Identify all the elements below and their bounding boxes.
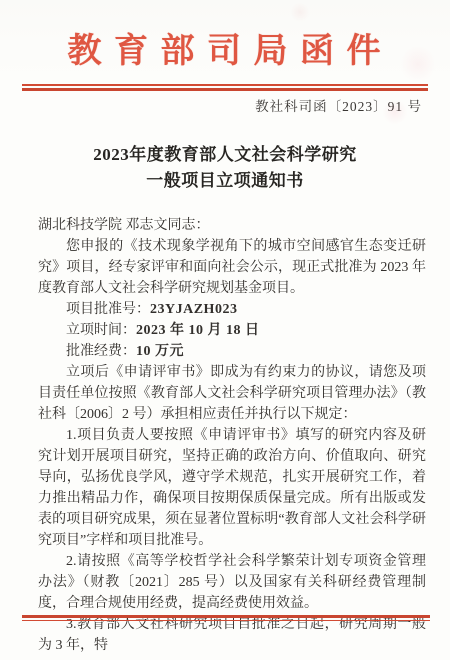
masthead-title: 教 育 部 司 局 函 件 — [0, 0, 450, 71]
regulation-item-2: 2.请按照《高等学校哲学社会科学繁荣计划专项资金管理办法》（财教〔2021〕28… — [38, 551, 426, 614]
footer-double-rule — [22, 615, 430, 621]
agreement-paragraph: 立项后《申请评审书》即成为有约束力的协议，请您及项目责任单位按照《教育部人文社会… — [38, 362, 426, 425]
field-project-number: 项目批准号：23YJAZH023 — [38, 299, 426, 320]
field-approval-date: 立项时间：2023 年 10 月 18 日 — [38, 320, 426, 341]
field-project-number-value: 23YJAZH023 — [150, 302, 237, 317]
field-approved-budget-value: 10 万元 — [136, 344, 184, 359]
notice-title-line1: 2023年度教育部人文社会科学研究 — [0, 142, 450, 168]
notice-title: 2023年度教育部人文社会科学研究 一般项目立项通知书 — [0, 142, 450, 194]
regulation-item-1: 1.项目负责人要按照《申请评审书》填写的研究内容及研究计划开展项目研究，坚持正确… — [38, 425, 426, 551]
document-number: 教社科司函〔2023〕91 号 — [0, 99, 422, 115]
header-double-rule — [22, 84, 428, 91]
document-page: 教 育 部 司 局 函 件 教社科司函〔2023〕91 号 2023年度教育部人… — [0, 0, 450, 660]
field-approved-budget: 批准经费：10 万元 — [38, 341, 426, 362]
notice-title-line2: 一般项目立项通知书 — [0, 168, 450, 194]
field-project-number-label: 项目批准号： — [66, 302, 150, 317]
field-approval-date-label: 立项时间： — [66, 323, 136, 338]
addressee-line: 湖北科技学院 邓志文同志： — [38, 215, 426, 236]
intro-paragraph: 您申报的《技术现象学视角下的城市空间感官生态变迁研究》项目，经专家评审和面向社会… — [38, 236, 426, 299]
field-approved-budget-label: 批准经费： — [66, 344, 136, 359]
field-approval-date-value: 2023 年 10 月 18 日 — [136, 323, 260, 338]
letter-body: 湖北科技学院 邓志文同志： 您申报的《技术现象学视角下的城市空间感官生态变迁研究… — [38, 215, 426, 656]
